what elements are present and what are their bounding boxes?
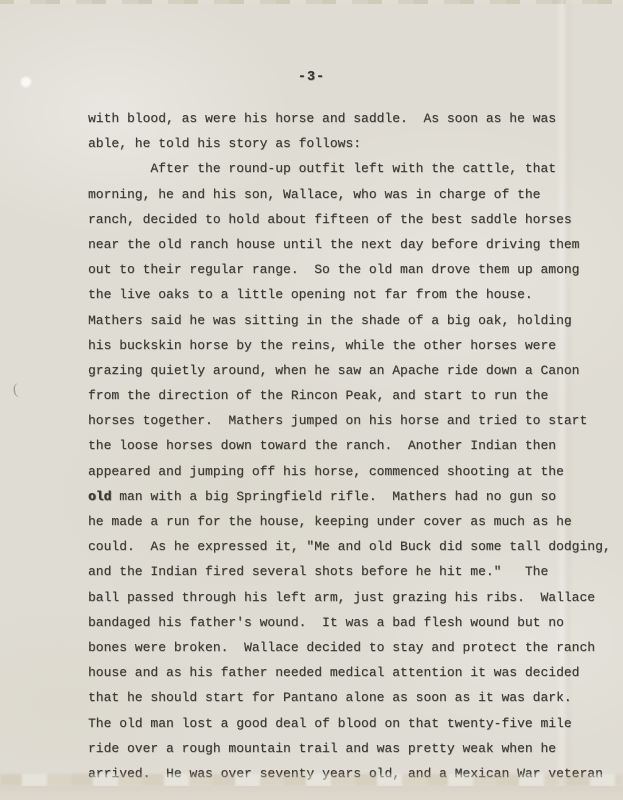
document-line: the live oaks to a little opening not fa… [88, 282, 623, 307]
document-line: old man with a big Springfield rifle. Ma… [88, 484, 623, 509]
document-line: bones were broken. Wallace decided to st… [88, 635, 623, 660]
document-line: the loose horses down toward the ranch. … [88, 433, 623, 458]
document-line: with blood, as were his horse and saddle… [88, 106, 623, 131]
document-line: After the round-up outfit left with the … [88, 156, 623, 181]
document-line: could. As he expressed it, "Me and old B… [88, 534, 623, 559]
document-line: morning, he and his son, Wallace, who wa… [88, 182, 623, 207]
manuscript-page: ( -3- with blood, as were his horse and … [0, 0, 623, 800]
document-line: near the old ranch house until the next … [88, 232, 623, 257]
document-line: Mathers said he was sitting in the shade… [88, 308, 623, 333]
document-lines: with blood, as were his horse and saddle… [88, 106, 623, 786]
document-line: bandaged his father's wound. It was a ba… [88, 610, 623, 635]
document-line: ball passed through his left arm, just g… [88, 585, 623, 610]
document-line: out to their regular range. So the old m… [88, 257, 623, 282]
document-line: ranch, decided to hold about fifteen of … [88, 207, 623, 232]
document-line: horses together. Mathers jumped on his h… [88, 408, 623, 433]
document-line: grazing quietly around, when he saw an A… [88, 358, 623, 383]
document-line: his buckskin horse by the reins, while t… [88, 333, 623, 358]
pencil-mark: ( [12, 382, 19, 399]
paper-top-edge [0, 0, 623, 4]
page-number: -3- [0, 70, 623, 85]
sheet-below-edge [0, 786, 623, 800]
document-line: house and as his father needed medical a… [88, 660, 623, 685]
document-line: that he should start for Pantano alone a… [88, 685, 623, 710]
document-line: ride over a rough mountain trail and was… [88, 736, 623, 761]
document-line: he made a run for the house, keeping und… [88, 509, 623, 534]
document-line: The old man lost a good deal of blood on… [88, 711, 623, 736]
document-line: and the Indian fired several shots befor… [88, 559, 623, 584]
document-line: appeared and jumping off his horse, comm… [88, 459, 623, 484]
document-line: from the direction of the Rincon Peak, a… [88, 383, 623, 408]
paper-bottom-edge [0, 774, 623, 786]
document-line: able, he told his story as follows: [88, 131, 623, 156]
